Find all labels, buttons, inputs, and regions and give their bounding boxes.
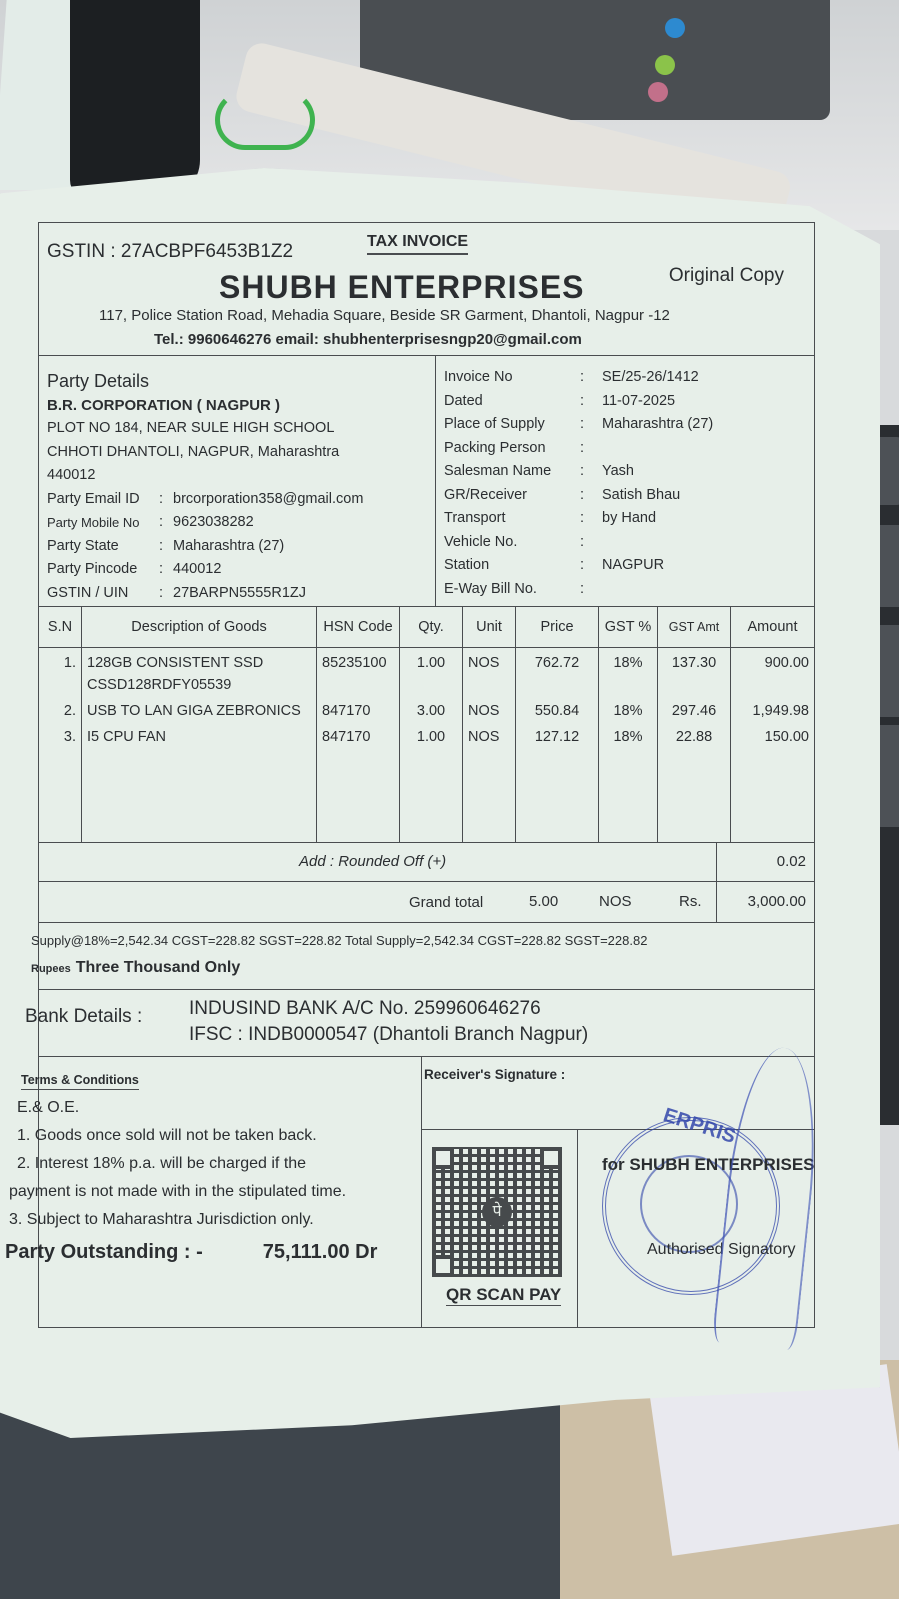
empty-cell: [516, 752, 599, 842]
column-header: Price: [516, 607, 599, 648]
items-table: S.NDescription of GoodsHSN CodeQty.UnitP…: [39, 607, 814, 842]
field-colon: :: [580, 390, 602, 414]
column-header: GST Amt: [658, 607, 731, 648]
field-colon: :: [580, 554, 602, 578]
field-value: brcorporation358@gmail.com: [173, 488, 363, 512]
cell-gst-pct: 18%: [599, 700, 658, 726]
invoice-field: Salesman Name:Yash: [444, 460, 806, 484]
copy-type: Original Copy: [669, 265, 784, 287]
party-mobile-field: Party Mobile No:9623038282: [47, 511, 427, 535]
field-label: Party Mobile No: [47, 511, 159, 535]
cell-hsn: 847170: [317, 700, 400, 726]
party-pincode-field: Party Pincode:440012: [47, 558, 427, 582]
column-header: Description of Goods: [82, 607, 317, 648]
empty-cell: [400, 752, 463, 842]
seller-gstin: GSTIN : 27ACBPF6453B1Z2: [47, 241, 293, 263]
words-value: Three Thousand Only: [76, 959, 240, 976]
cell-qty: 1.00: [400, 648, 463, 701]
field-colon: :: [580, 413, 602, 437]
empty-row: [39, 752, 814, 842]
firm-address: 117, Police Station Road, Mehadia Square…: [99, 307, 670, 324]
firm-name: SHUBH ENTERPRISES: [219, 269, 585, 306]
invoice-field: E-Way Bill No.:: [444, 578, 806, 602]
cell-amount: 150.00: [731, 726, 815, 752]
party-outstanding: Party Outstanding : - 75,111.00 Dr: [5, 1238, 421, 1266]
receiver-signature-label: Receiver's Signature :: [424, 1067, 565, 1082]
invoice-details: Invoice No:SE/25-26/1412Dated:11-07-2025…: [436, 356, 814, 606]
cell-unit: NOS: [463, 648, 516, 701]
cell-price: 127.12: [516, 726, 599, 752]
invoice-field: GR/Receiver:Satish Bhau: [444, 484, 806, 508]
cell-sn: 1.: [39, 648, 82, 701]
cell-unit: NOS: [463, 700, 516, 726]
field-label: Salesman Name: [444, 460, 580, 484]
terms-line: 1. Goods once sold will not be taken bac…: [17, 1122, 421, 1150]
empty-cell: [658, 752, 731, 842]
cell-gst-pct: 18%: [599, 726, 658, 752]
field-label: Party Email ID: [47, 488, 159, 512]
field-label: Place of Supply: [444, 413, 580, 437]
invoice-field: Place of Supply:Maharashtra (27): [444, 413, 806, 437]
grand-total-row: Grand total 5.00 NOS Rs. 3,000.00: [39, 882, 814, 923]
field-colon: :: [580, 484, 602, 508]
bank-account: INDUSIND BANK A/C No. 259960646276: [189, 998, 541, 1020]
empty-cell: [39, 752, 82, 842]
party-address-line: CHHOTI DHANTOLI, NAGPUR, Maharashtra: [47, 441, 427, 465]
document-type: TAX INVOICE: [367, 233, 468, 255]
field-label: Dated: [444, 390, 580, 414]
bank-details: Bank Details : INDUSIND BANK A/C No. 259…: [39, 990, 814, 1057]
bank-label: Bank Details :: [25, 1006, 142, 1028]
cell-gst-amt: 137.30: [658, 648, 731, 701]
table-row: 3.I5 CPU FAN8471701.00NOS127.1218%22.881…: [39, 726, 814, 752]
column-header: Qty.: [400, 607, 463, 648]
cell-amount: 1,949.98: [731, 700, 815, 726]
cell-amount: 900.00: [731, 648, 815, 701]
cell-unit: NOS: [463, 726, 516, 752]
party-gstin-field: GSTIN / UIN:27BARPN5555R1ZJ: [47, 582, 427, 606]
cell-qty: 3.00: [400, 700, 463, 726]
cell-hsn: 847170: [317, 726, 400, 752]
background-object: [70, 0, 200, 200]
items-section: S.NDescription of GoodsHSN CodeQty.UnitP…: [39, 607, 814, 843]
tax-invoice: GSTIN : 27ACBPF6453B1Z2 TAX INVOICE Orig…: [38, 222, 815, 1328]
cell-gst-amt: 297.46: [658, 700, 731, 726]
empty-cell: [731, 752, 815, 842]
amount-in-words: RupeesThree Thousand Only: [31, 959, 240, 977]
outstanding-label: Party Outstanding : -: [5, 1238, 203, 1266]
field-colon: :: [580, 578, 602, 602]
empty-cell: [599, 752, 658, 842]
item-description: I5 CPU FAN: [87, 726, 311, 748]
cell-qty: 1.00: [400, 726, 463, 752]
audio-port-pink: [648, 82, 668, 102]
round-off-row: Add : Rounded Off (+) 0.02: [39, 843, 814, 882]
field-label: Party State: [47, 535, 159, 559]
items-header-row: S.NDescription of GoodsHSN CodeQty.UnitP…: [39, 607, 814, 648]
field-value: Maharashtra (27): [602, 413, 713, 437]
item-serial: CSSD128RDFY05539: [87, 674, 311, 696]
field-colon: :: [580, 366, 602, 390]
tax-breakup: Supply@18%=2,542.34 CGST=228.82 SGST=228…: [31, 933, 647, 948]
column-header: Amount: [731, 607, 815, 648]
party-name: B.R. CORPORATION ( NAGPUR ): [47, 394, 427, 418]
cell-sn: 2.: [39, 700, 82, 726]
field-label: Party Pincode: [47, 558, 159, 582]
invoice-header: GSTIN : 27ACBPF6453B1Z2 TAX INVOICE Orig…: [39, 223, 814, 356]
field-value: Satish Bhau: [602, 484, 680, 508]
empty-cell: [463, 752, 516, 842]
tax-summary: Supply@18%=2,542.34 CGST=228.82 SGST=228…: [39, 923, 814, 990]
invoice-field: Transport:by Hand: [444, 507, 806, 531]
field-label: Packing Person: [444, 437, 580, 461]
green-cable: [215, 90, 315, 150]
terms-line: payment is not made with in the stipulat…: [9, 1178, 421, 1206]
cell-desc: USB TO LAN GIGA ZEBRONICS: [82, 700, 317, 726]
invoice-field: Invoice No:SE/25-26/1412: [444, 366, 806, 390]
outstanding-value: 75,111.00 Dr: [263, 1238, 378, 1266]
field-value: 27BARPN5555R1ZJ: [173, 582, 306, 606]
field-value: by Hand: [602, 507, 656, 531]
field-label: E-Way Bill No.: [444, 578, 580, 602]
invoice-field: Vehicle No.:: [444, 531, 806, 555]
field-value: 9623038282: [173, 511, 254, 535]
terms-line: E.& O.E.: [17, 1094, 421, 1122]
field-colon: :: [580, 531, 602, 555]
field-value: NAGPUR: [602, 554, 664, 578]
party-address-line: PLOT NO 184, NEAR SULE HIGH SCHOOL: [47, 417, 427, 441]
field-value: Maharashtra (27): [173, 535, 284, 559]
empty-cell: [82, 752, 317, 842]
item-description: USB TO LAN GIGA ZEBRONICS: [87, 700, 311, 722]
invoice-field: Packing Person:: [444, 437, 806, 461]
party-email-field: Party Email ID:brcorporation358@gmail.co…: [47, 488, 427, 512]
invoice-footer: Terms & Conditions E.& O.E. 1. Goods onc…: [39, 1057, 814, 1327]
party-address-line: 440012: [47, 464, 427, 488]
signature-area: Receiver's Signature : पे QR SCAN PAY ER…: [421, 1057, 815, 1327]
round-off-value: 0.02: [716, 843, 814, 881]
audio-port-green: [655, 55, 675, 75]
qr-scan-pay-label: QR SCAN PAY: [446, 1285, 561, 1306]
invoice-field: Dated:11-07-2025: [444, 390, 806, 414]
grand-total-qty: 5.00: [529, 893, 558, 910]
terms-conditions: Terms & Conditions E.& O.E. 1. Goods onc…: [5, 1057, 421, 1327]
payment-qr-code[interactable]: पे: [432, 1147, 562, 1277]
table-row: 2.USB TO LAN GIGA ZEBRONICS8471703.00NOS…: [39, 700, 814, 726]
party-details: Party Details B.R. CORPORATION ( NAGPUR …: [39, 356, 436, 606]
field-colon: :: [580, 437, 602, 461]
phonepe-icon: पे: [482, 1197, 512, 1227]
terms-line: 2. Interest 18% p.a. will be charged if …: [17, 1150, 421, 1178]
field-value: SE/25-26/1412: [602, 366, 699, 390]
terms-line: 3. Subject to Maharashtra Jurisdiction o…: [9, 1206, 421, 1234]
field-colon: :: [580, 507, 602, 531]
empty-cell: [317, 752, 400, 842]
party-details-title: Party Details: [47, 370, 427, 394]
cell-desc: I5 CPU FAN: [82, 726, 317, 752]
cell-price: 550.84: [516, 700, 599, 726]
field-value: 11-07-2025: [602, 390, 675, 414]
cell-hsn: 85235100: [317, 648, 400, 701]
cell-desc: 128GB CONSISTENT SSDCSSD128RDFY05539: [82, 648, 317, 701]
field-label: GR/Receiver: [444, 484, 580, 508]
column-header: Unit: [463, 607, 516, 648]
currency-label: Rs.: [679, 893, 702, 910]
table-row: 1.128GB CONSISTENT SSDCSSD128RDFY0553985…: [39, 648, 814, 701]
cell-price: 762.72: [516, 648, 599, 701]
column-header: HSN Code: [317, 607, 400, 648]
invoice-field: Station:NAGPUR: [444, 554, 806, 578]
words-prefix: Rupees: [31, 963, 71, 975]
audio-port-blue: [665, 18, 685, 38]
grand-total-value: 3,000.00: [716, 882, 814, 922]
item-description: 128GB CONSISTENT SSD: [87, 652, 311, 674]
round-off-label: Add : Rounded Off (+): [299, 853, 446, 870]
cell-gst-pct: 18%: [599, 648, 658, 701]
signature-icon: [712, 1043, 827, 1350]
field-label: Transport: [444, 507, 580, 531]
party-section: Party Details B.R. CORPORATION ( NAGPUR …: [39, 356, 814, 607]
field-label: GSTIN / UIN: [47, 582, 159, 606]
cell-gst-amt: 22.88: [658, 726, 731, 752]
bank-ifsc: IFSC : INDB0000547 (Dhantoli Branch Nagp…: [189, 1024, 588, 1046]
field-label: Vehicle No.: [444, 531, 580, 555]
field-colon: :: [580, 460, 602, 484]
terms-title: Terms & Conditions: [21, 1071, 139, 1090]
column-header: S.N: [39, 607, 82, 648]
field-value: Yash: [602, 460, 634, 484]
field-label: Invoice No: [444, 366, 580, 390]
grand-total-label: Grand total: [409, 894, 483, 911]
field-value: 440012: [173, 558, 221, 582]
column-header: GST %: [599, 607, 658, 648]
field-label: Station: [444, 554, 580, 578]
cell-sn: 3.: [39, 726, 82, 752]
grand-total-unit: NOS: [599, 893, 632, 910]
firm-contact: Tel.: 9960646276 email: shubhenterprises…: [154, 331, 582, 348]
party-state-field: Party State:Maharashtra (27): [47, 535, 427, 559]
